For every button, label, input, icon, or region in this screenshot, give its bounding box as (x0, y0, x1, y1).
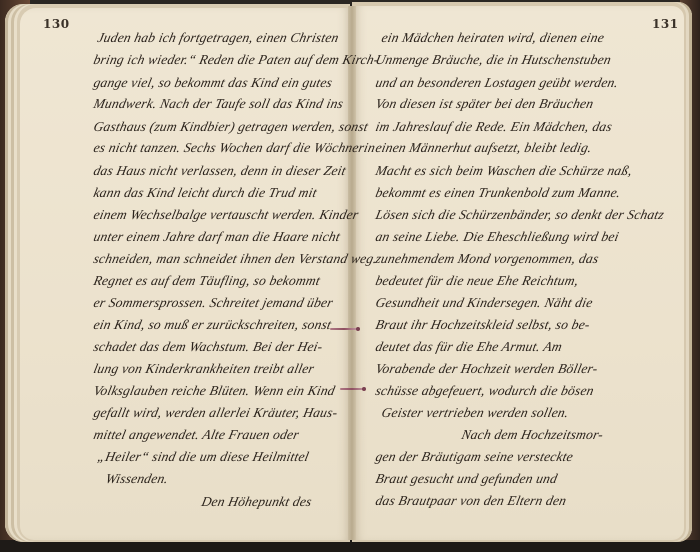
binding-thread-upper (330, 328, 358, 330)
right-line: an seine Liebe. Die Eheschließung wird b… (374, 229, 620, 245)
binding-knot-lower (362, 387, 366, 391)
right-line: Geister vertrieben werden sollen. (380, 405, 570, 421)
left-line: bring ich wieder.“ Reden die Paten auf d… (92, 52, 380, 68)
left-line: Wissenden. (104, 471, 170, 487)
left-line: es nicht tanzen. Sechs Wochen darf die W… (92, 140, 377, 156)
left-line: Volksglauben reiche Blüten. Wenn ein Kin… (92, 383, 337, 399)
left-line: gange viel, so bekommt das Kind ein gute… (92, 75, 334, 91)
left-line: Gasthaus (zum Kindbier) getragen werden,… (92, 119, 370, 135)
open-manuscript-book: 130 131 Juden hab ich fortgetragen, eine… (0, 0, 700, 552)
right-line: Von diesen ist später bei den Bräuchen (374, 96, 595, 112)
right-line: bedeutet für die neue Ehe Reichtum, (374, 273, 580, 289)
left-line: ein Kind, so muß er zurückschreiten, son… (92, 317, 333, 333)
right-line: einen Männerhut aufsetzt, bleibt ledig. (374, 140, 593, 156)
left-line: schneiden, man schneidet ihnen den Verst… (92, 251, 379, 267)
right-line: Braut ihr Hochzeitskleid selbst, so be- (374, 317, 591, 333)
left-line: mittel angewendet. Alte Frauen oder (92, 427, 300, 443)
page-number-left: 130 (43, 17, 70, 31)
right-line: gen der Bräutigam seine versteckte (374, 449, 575, 465)
right-line: und an besonderen Lostagen geübt werden. (374, 75, 620, 91)
right-line: bekommt es einen Trunkenbold zum Manne. (374, 185, 622, 201)
left-line: er Sommersprossen. Schreitet jemand über (92, 295, 334, 311)
right-line: schüsse abgefeuert, wodurch die bösen (374, 383, 595, 399)
left-line: unter einem Jahre darf man die Haare nic… (92, 229, 342, 245)
right-line: deutet das für die Ehe Armut. Am (374, 339, 564, 355)
right-line: ein Mädchen heiraten wird, dienen eine (380, 30, 606, 46)
right-line: zunehmendem Mond vorgenommen, das (374, 251, 600, 267)
left-line: Den Höhepunkt des (200, 494, 313, 510)
left-line: gefallt wird, werden allerlei Kräuter, H… (92, 405, 339, 421)
right-line: Gesundheit und Kindersegen. Näht die (374, 295, 594, 311)
book-gutter (348, 6, 356, 540)
left-line: Juden hab ich fortgetragen, einen Christ… (96, 30, 340, 46)
right-line: Unmenge Bräuche, die in Hutschenstuben (374, 52, 613, 68)
left-line: einem Wechselbalge vertauscht werden. Ki… (92, 207, 360, 223)
left-line: Mundwerk. Nach der Taufe soll das Kind i… (92, 96, 345, 112)
page-number-right: 131 (652, 17, 679, 31)
binding-knot-upper (356, 327, 360, 331)
left-line: „Heiler“ sind die um diese Heilmittel (96, 449, 310, 465)
left-line: kann das Kind leicht durch die Trud mit (92, 185, 318, 201)
left-line: lung von Kinderkrankheiten treibt aller (92, 361, 316, 377)
right-line: Lösen sich die Schürzenbänder, so denkt … (374, 207, 666, 223)
right-line: Braut gesucht und gefunden und (374, 471, 559, 487)
right-line: Vorabende der Hochzeit werden Böller- (374, 361, 599, 377)
right-line: im Jahreslauf die Rede. Ein Mädchen, das (374, 119, 614, 135)
binding-thread-lower (340, 388, 364, 390)
right-line: Nach dem Hochzeitsmor- (460, 427, 605, 443)
right-line: das Brautpaar von den Eltern den (374, 493, 568, 509)
left-line: Regnet es auf dem Täufling, so bekommt (92, 273, 322, 289)
right-line: Macht es sich beim Waschen die Schürze n… (374, 163, 634, 179)
left-line: das Haus nicht verlassen, denn in dieser… (92, 163, 347, 179)
left-line: schadet das dem Wachstum. Bei der Hei- (92, 339, 324, 355)
